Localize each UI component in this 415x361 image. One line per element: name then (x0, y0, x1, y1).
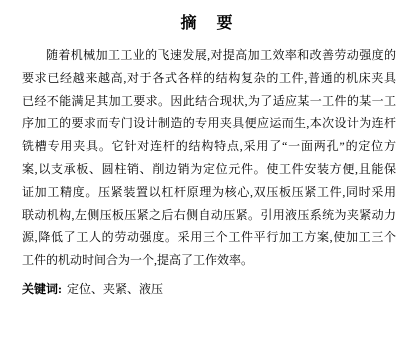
keywords-line: 关键词:定位、夹紧、液压 (22, 278, 396, 301)
abstract-line-6: 案,以支承板、圆柱销、削边销为定位元件。使工件安装方便,且能保 (22, 158, 396, 181)
keywords-label: 关键词: (22, 282, 62, 296)
abstract-line-7: 证加工精度。压紧装置以杠杆原理为核心,双压板压紧工件,同时采用 (22, 181, 396, 204)
abstract-line-2: 要求已经越来越高,对于各式各样的结构复杂的工件,普通的机床夹具 (22, 67, 396, 90)
abstract-line-3: 已经不能满足其加工要求。因此结合现状,为了适应某一工件的某一工 (22, 90, 396, 113)
keywords-value: 定位、夹紧、液压 (67, 282, 163, 296)
abstract-line-4: 序加工的要求而专门设计制造的专用夹具便应运而生,本次设计为连杆 (22, 112, 396, 135)
abstract-line-9: 源,降低了工人的劳动强度。采用三个工件平行加工方案,使加工三个 (22, 226, 396, 249)
abstract-line-10: 工件的机动时间合为一个,提高了工作效率。 (22, 249, 396, 272)
abstract-paragraph: 随着机械加工工业的飞速发展,对提高加工效率和改善劳动强度的 要求已经越来越高,对… (22, 44, 396, 272)
abstract-line-1: 随着机械加工工业的飞速发展,对提高加工效率和改善劳动强度的 (22, 44, 396, 67)
page-title: 摘 要 (0, 14, 415, 34)
abstract-page: 摘 要 随着机械加工工业的飞速发展,对提高加工效率和改善劳动强度的 要求已经越来… (0, 0, 415, 361)
abstract-line-8: 联动机构,左侧压板压紧之后右侧自动压紧。引用液压系统为夹紧动力 (22, 204, 396, 227)
abstract-line-5: 铣槽专用夹具。它针对连杆的结构特点,采用了“一面两孔”的定位方 (22, 135, 396, 158)
